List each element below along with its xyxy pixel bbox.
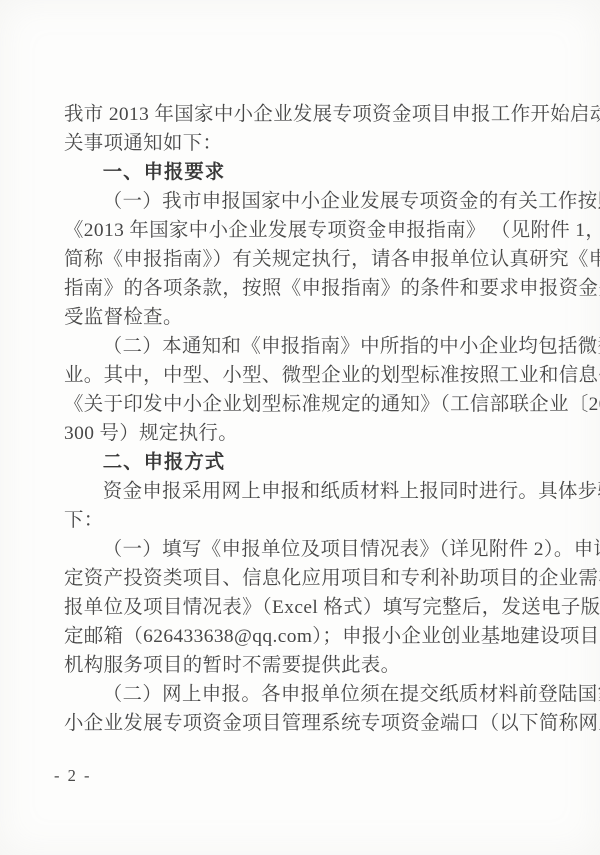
text-line: 关事项通知如下： (64, 129, 540, 158)
text-line: 资金申报采用网上申报和纸质材料上报同时进行。具体步骤如 (64, 477, 540, 506)
document-page: 我市 2013 年国家中小企业发展专项资金项目申报工作开始启动。有 关事项通知如… (0, 0, 600, 855)
section-heading: 二、申报方式 (64, 448, 540, 477)
text-line: （一）我市申报国家中小企业发展专项资金的有关工作按照 (64, 187, 540, 216)
text-line: 小企业发展专项资金项目管理系统专项资金端口（以下简称网上项 (64, 709, 540, 738)
text-line: 下： (64, 506, 540, 535)
text-line: 定资产投资类项目、信息化应用项目和专利补助项目的企业需将《申 (64, 564, 540, 593)
text-line: 我市 2013 年国家中小企业发展专项资金项目申报工作开始启动。有 (64, 100, 540, 129)
text-line: （二）本通知和《申报指南》中所指的中小企业均包括微型企 (64, 332, 540, 361)
text-line: 受监督检查。 (64, 303, 540, 332)
text-line: 机构服务项目的暂时不需要提供此表。 (64, 651, 540, 680)
text-line: 指南》的各项条款，按照《申报指南》的条件和要求申报资金并接 (64, 274, 540, 303)
text-line: 《关于印发中小企业划型标准规定的通知》（工信部联企业〔2011〕 (64, 390, 540, 419)
text-line: 定邮箱（626433638@qq.com）；申报小企业创业基地建设项目和服务 (64, 622, 540, 651)
document-body: 我市 2013 年国家中小企业发展专项资金项目申报工作开始启动。有 关事项通知如… (64, 100, 540, 738)
text-line: （一）填写《申报单位及项目情况表》（详见附件 2）。申请固 (64, 535, 540, 564)
text-line: 业。其中，中型、小型、微型企业的划型标准按照工业和信息化部 (64, 361, 540, 390)
section-heading: 一、申报要求 (64, 158, 540, 187)
text-line: （二）网上申报。各申报单位须在提交纸质材料前登陆国家中 (64, 680, 540, 709)
page-number: - 2 - (54, 766, 92, 786)
text-line: 300 号）规定执行。 (64, 419, 540, 448)
text-line: 《2013 年国家中小企业发展专项资金申报指南》 （见附件 1，以下 (64, 216, 540, 245)
text-line: 报单位及项目情况表》（Excel 格式）填写完整后，发送电子版到指 (64, 593, 540, 622)
text-line: 简称《申报指南》）有关规定执行，请各申报单位认真研究《申报 (64, 245, 540, 274)
